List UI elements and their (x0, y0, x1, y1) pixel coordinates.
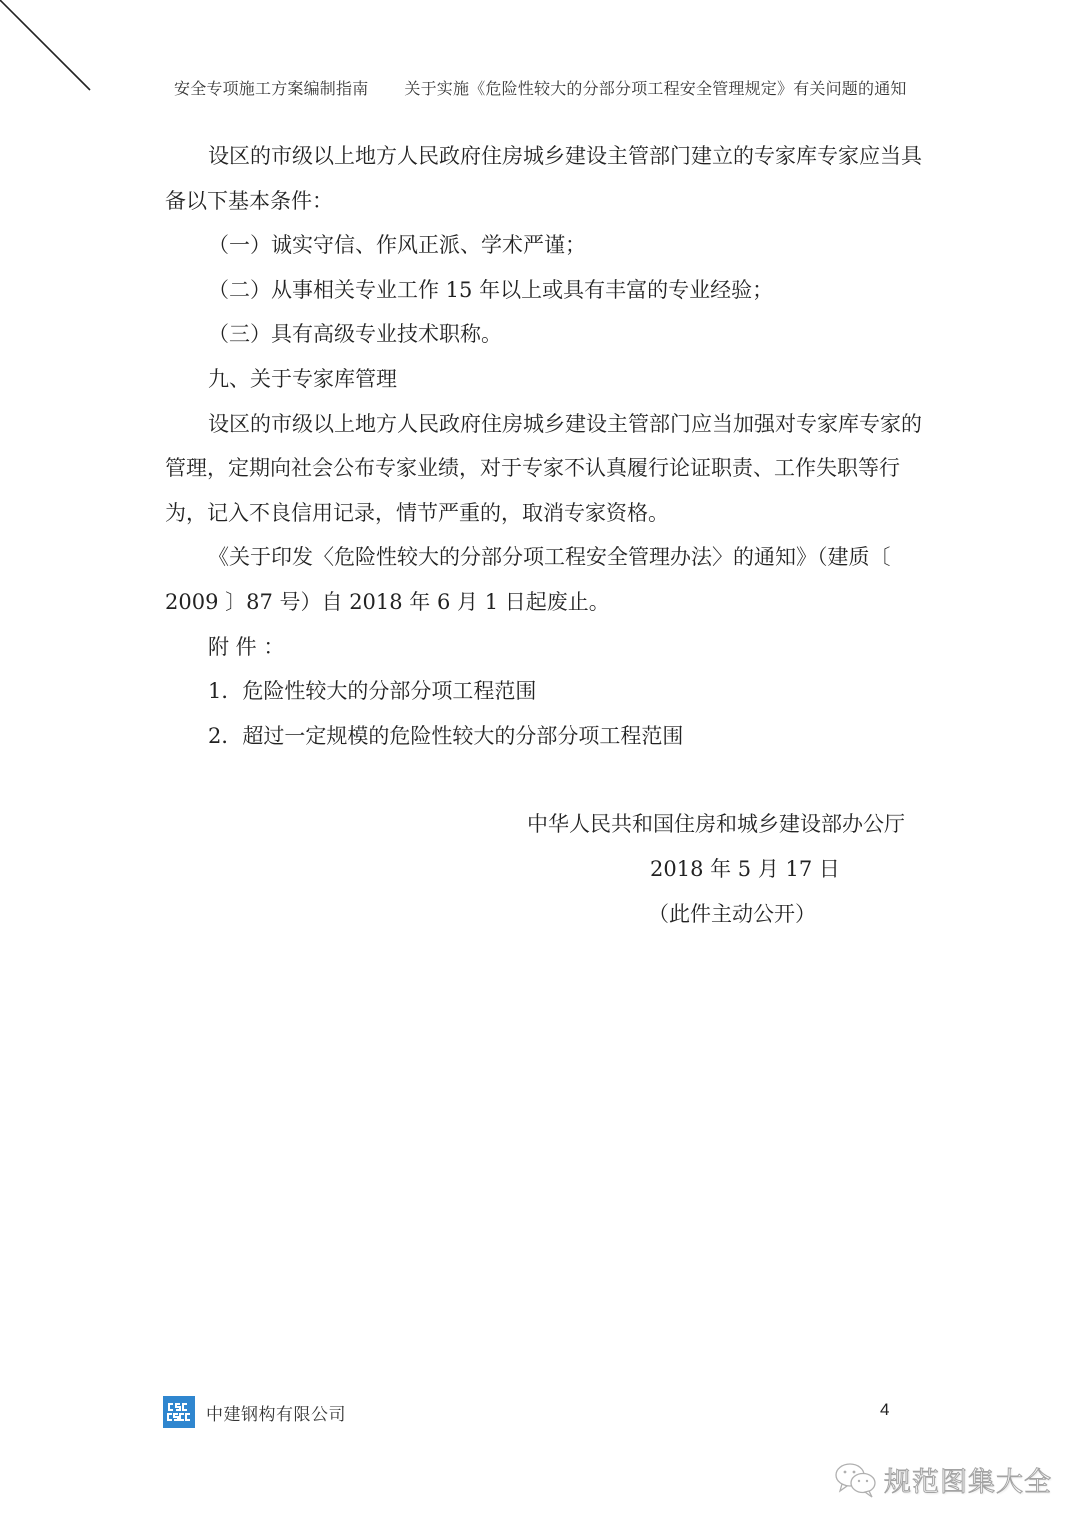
paragraph-repeal-notice: 《关于印发〈危险性较大的分部分项工程安全管理办法〉的通知》（建质〔 2009 〕… (165, 535, 925, 624)
watermark: 规范图集大全 (834, 1460, 1052, 1499)
wechat-icon (834, 1461, 878, 1499)
attachment-item-1: 1．危险性较大的分部分项工程范围 (165, 669, 925, 714)
attachments-label: 附 件 ： (165, 625, 925, 670)
page-header: 安全专项施工方案编制指南关于实施《危险性较大的分部分项工程安全管理规定》有关问题… (174, 76, 907, 99)
condition-item-3: （三）具有高级专业技术职称。 (165, 312, 925, 357)
signature-disclosure-note: （此件主动公开） (648, 898, 816, 928)
footer-company-name: 中建钢构有限公司 (206, 1400, 346, 1425)
document-body: 设区的市级以上地方人民政府住房城乡建设主管部门建立的专家库专家应当具备以下基本条… (165, 134, 925, 758)
condition-item-1: （一）诚实守信、作风正派、学术严谨； (165, 223, 925, 268)
condition-item-2: （二）从事相关专业工作 15 年以上或具有丰富的专业经验； (165, 268, 925, 313)
paragraph-expert-conditions: 设区的市级以上地方人民政府住房城乡建设主管部门建立的专家库专家应当具备以下基本条… (165, 134, 925, 223)
section-heading-expert-management: 九、关于专家库管理 (165, 357, 925, 402)
watermark-text: 规范图集大全 (884, 1460, 1052, 1499)
paragraph-expert-management: 设区的市级以上地方人民政府住房城乡建设主管部门应当加强对专家库专家的管理，定期向… (165, 402, 925, 536)
page-footer: 中建钢构有限公司 (163, 1396, 346, 1428)
cscec-logo-icon (163, 1396, 195, 1428)
header-guide-title: 安全专项施工方案编制指南 (174, 79, 368, 98)
page-number: 4 (880, 1400, 889, 1420)
attachment-item-2: 2．超过一定规模的危险性较大的分部分项工程范围 (165, 714, 925, 759)
header-notice-title: 关于实施《危险性较大的分部分项工程安全管理规定》有关问题的通知 (404, 79, 906, 98)
signature-date: 2018 年 5 月 17 日 (650, 853, 840, 883)
corner-fold-line (0, 0, 95, 95)
signature-organization: 中华人民共和国住房和城乡建设部办公厅 (527, 808, 905, 838)
